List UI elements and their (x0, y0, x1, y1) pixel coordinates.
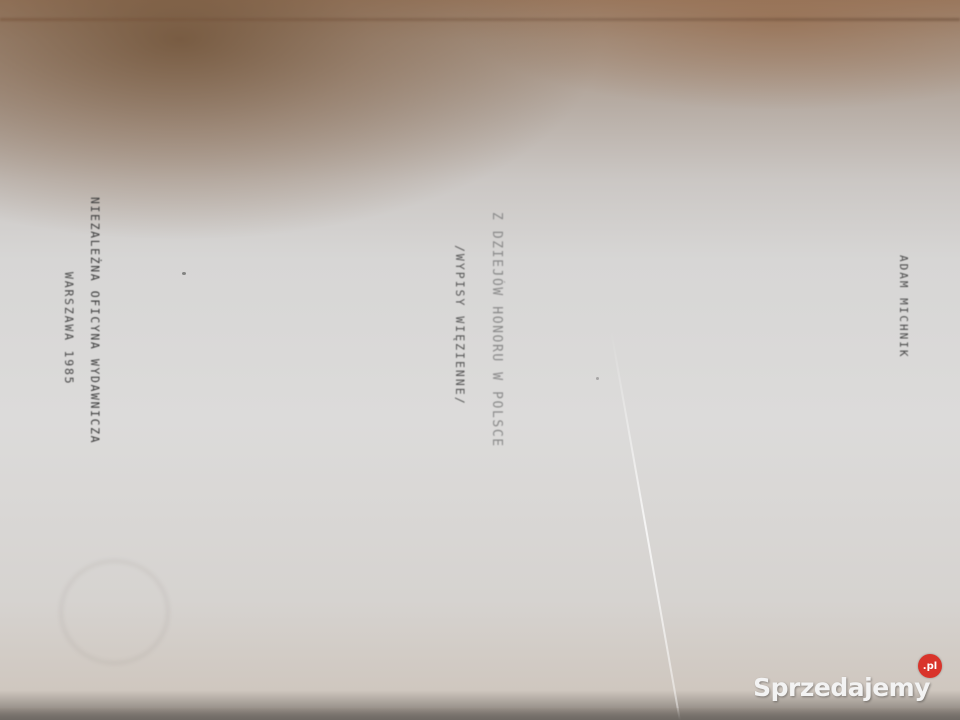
publisher-name: NIEZALEŻNA OFICYNA WYDAWNICZA (88, 197, 102, 444)
author-name: ADAM MICHNIK (897, 255, 910, 358)
ink-speck (182, 272, 186, 275)
page-bottom-edge (0, 708, 960, 720)
book-title-page-photo: ADAM MICHNIK Z DZIEJÓW HONORU W POLSCE /… (0, 0, 960, 720)
page-top-edge (0, 18, 960, 21)
ink-speck (596, 377, 599, 380)
paper-crease (610, 330, 681, 720)
book-subtitle: /WYPISY WIĘZIENNE/ (453, 245, 467, 406)
publication-place-year: WARSZAWA 1985 (62, 272, 76, 385)
book-title: Z DZIEJÓW HONORU W POLSCE (489, 212, 504, 448)
circular-stain (60, 560, 169, 664)
watermark-logo: Sprzedajemy (753, 673, 930, 702)
watermark-badge: .pl (918, 654, 942, 678)
